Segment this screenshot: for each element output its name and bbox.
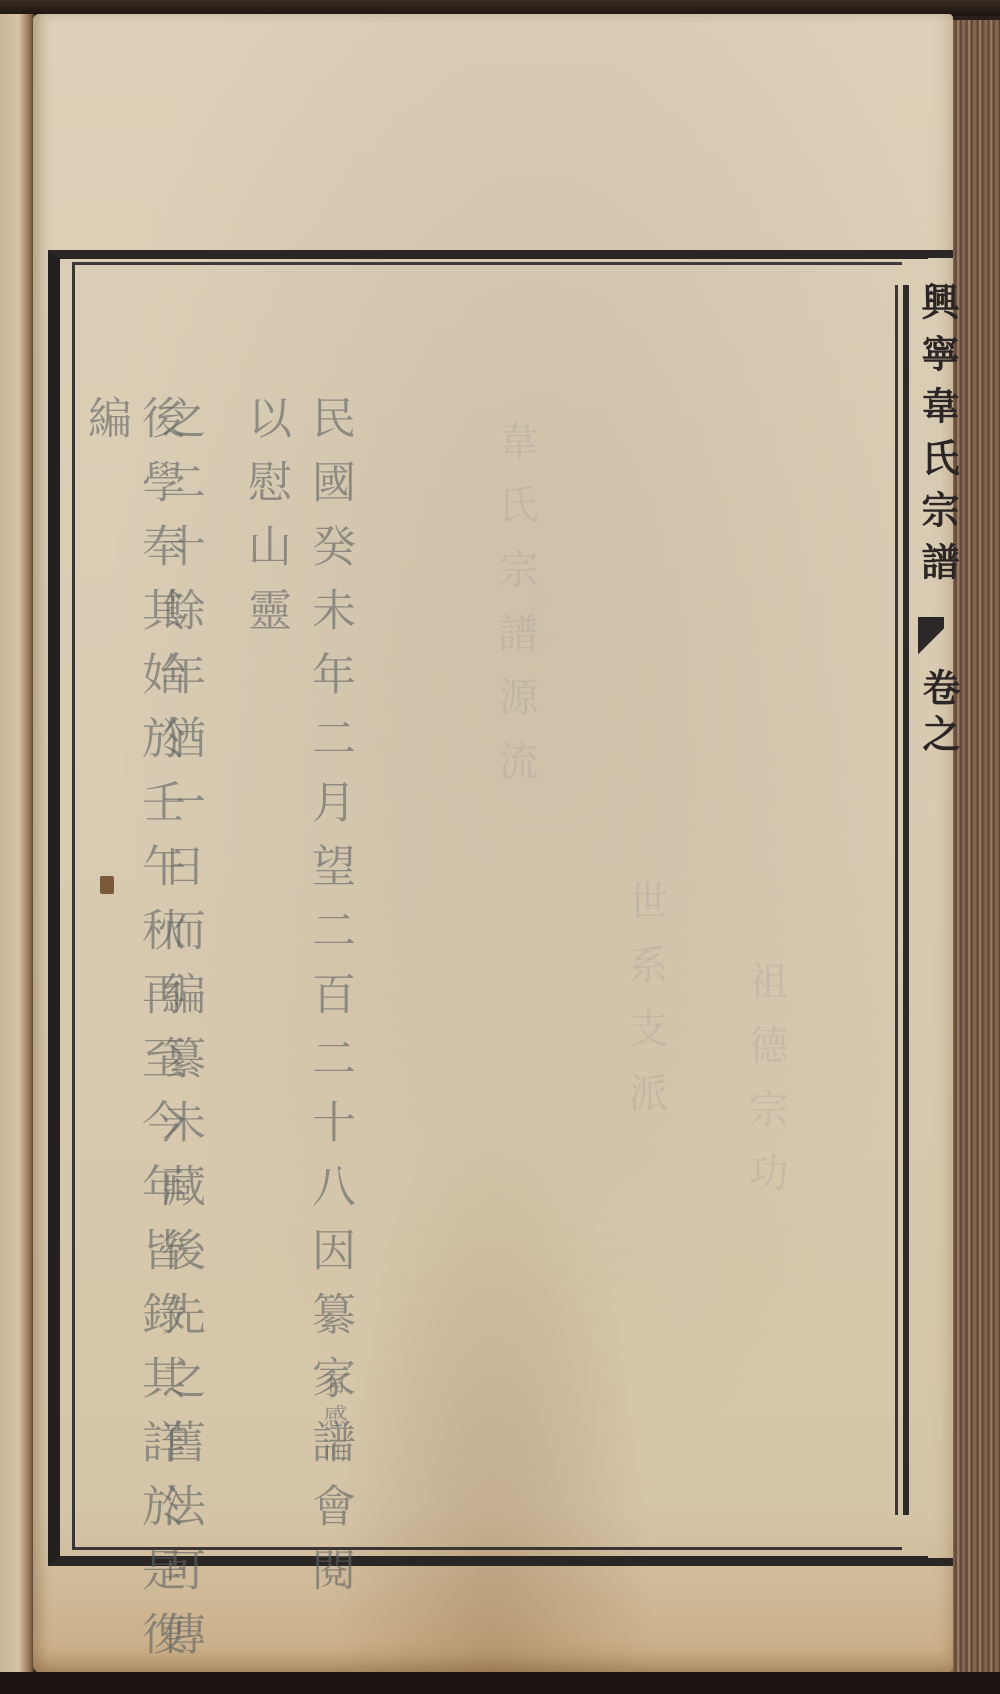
text-column-2: 以慰山靈 — [238, 395, 292, 651]
previous-leaf-edge — [0, 14, 34, 1674]
fishtail-mark-icon — [918, 617, 944, 656]
bleed-through-column: 韋氏宗譜源流 — [490, 420, 540, 804]
text-column-1-annotation: 有感而 — [320, 1370, 346, 1472]
bleed-through-column: 世系支派 — [620, 880, 670, 1136]
paper-stain — [100, 876, 114, 894]
text-column-4: 後學奉其始於壬午秋再至今年皆錄其詳於是復編 — [78, 395, 186, 1694]
block-title: 興寧韋氏宗譜 — [917, 282, 957, 594]
bleed-through-column: 祖德宗功 — [740, 960, 790, 1216]
book-spine-page-stack — [950, 20, 1000, 1680]
book-bottom-edge — [0, 1672, 1000, 1694]
volume-label: 卷之 — [918, 668, 958, 760]
